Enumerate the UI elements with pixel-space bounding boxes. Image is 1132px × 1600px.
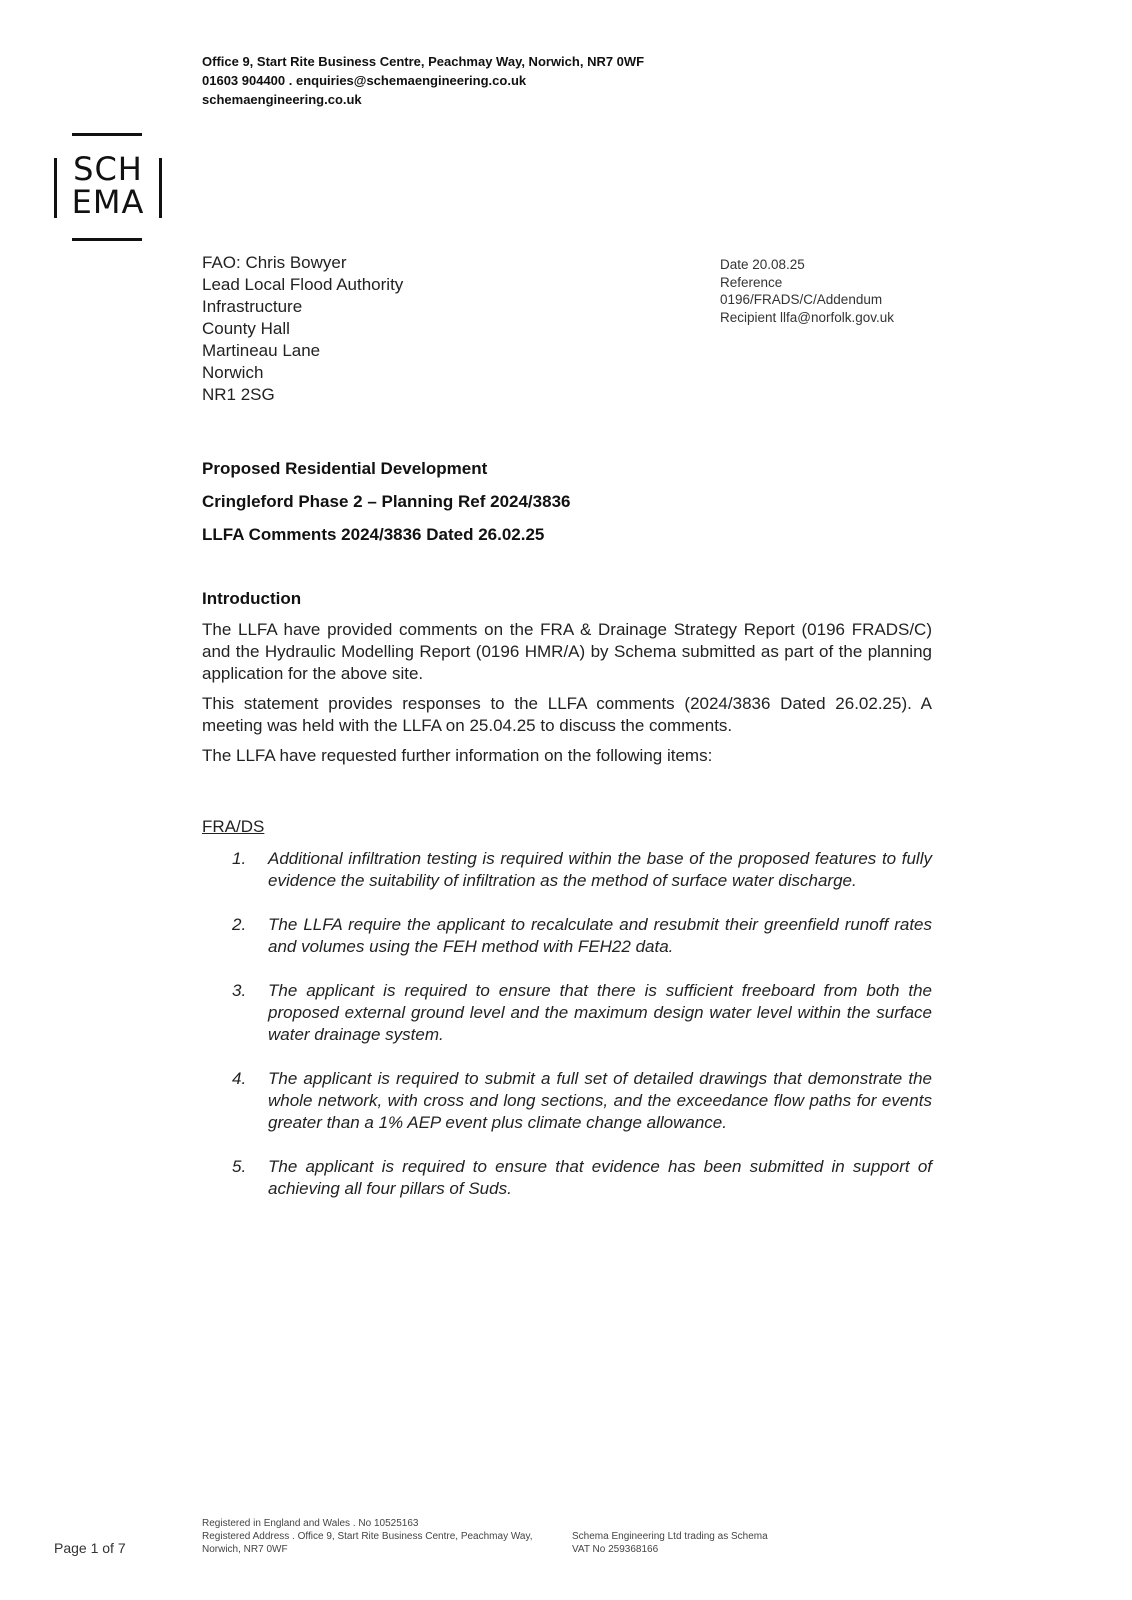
item-number: 1. [232,848,268,892]
recipient-address: FAO: Chris Bowyer Lead Local Flood Autho… [202,252,403,406]
page-number: Page 1 of 7 [54,1540,126,1556]
list-item: 5. The applicant is required to ensure t… [232,1156,932,1200]
logo-right-bar [159,158,162,218]
intro-paragraph: The LLFA have requested further informat… [202,745,932,767]
intro-paragraph: This statement provides responses to the… [202,693,932,737]
schema-logo: SCH EMA [52,133,164,241]
address-line: Martineau Lane [202,340,403,362]
title-line: LLFA Comments 2024/3836 Dated 26.02.25 [202,524,570,557]
item-number: 5. [232,1156,268,1200]
list-item: 2. The LLFA require the applicant to rec… [232,914,932,958]
address-line: Norwich [202,362,403,384]
header-contact-block: Office 9, Start Rite Business Centre, Pe… [202,52,644,109]
letter-date: Date 20.08.25 [720,256,894,274]
list-item: 4. The applicant is required to submit a… [232,1068,932,1134]
logo-wordmark: SCH EMA [68,153,148,219]
requirements-list: 1. Additional infiltration testing is re… [232,848,932,1222]
company-address: Office 9, Start Rite Business Centre, Pe… [202,52,644,71]
title-line: Proposed Residential Development [202,458,570,491]
fra-ds-heading: FRA/DS [202,817,264,837]
item-text: The applicant is required to ensure that… [268,1156,932,1200]
logo-left-bar [54,158,57,218]
address-line: Infrastructure [202,296,403,318]
logo-bottom-bar [72,238,142,241]
item-number: 3. [232,980,268,1046]
letter-titles: Proposed Residential Development Cringle… [202,458,570,557]
title-line: Cringleford Phase 2 – Planning Ref 2024/… [202,491,570,524]
item-number: 2. [232,914,268,958]
item-text: The applicant is required to submit a fu… [268,1068,932,1134]
reference-label: Reference [720,274,894,292]
item-text: Additional infiltration testing is requi… [268,848,932,892]
list-item: 1. Additional infiltration testing is re… [232,848,932,892]
address-line: FAO: Chris Bowyer [202,252,403,274]
item-number: 4. [232,1068,268,1134]
introduction-heading: Introduction [202,588,932,610]
address-line: County Hall [202,318,403,340]
item-text: The LLFA require the applicant to recalc… [268,914,932,958]
reference-value: 0196/FRADS/C/Addendum [720,291,894,309]
item-text: The applicant is required to ensure that… [268,980,932,1046]
recipient-email: Recipient llfa@norfolk.gov.uk [720,309,894,327]
intro-paragraph: The LLFA have provided comments on the F… [202,619,932,685]
letter-meta: Date 20.08.25 Reference 0196/FRADS/C/Add… [720,256,894,326]
address-line: Lead Local Flood Authority [202,274,403,296]
footer-company-info: Schema Engineering Ltd trading as Schema… [572,1530,768,1556]
list-item: 3. The applicant is required to ensure t… [232,980,932,1046]
company-website: schemaengineering.co.uk [202,90,644,109]
logo-top-bar [72,133,142,136]
address-line: NR1 2SG [202,384,403,406]
footer-registration: Registered in England and Wales . No 105… [202,1517,533,1556]
company-phone-email: 01603 904400 . enquiries@schemaengineeri… [202,71,644,90]
introduction-section: Introduction The LLFA have provided comm… [202,588,932,775]
